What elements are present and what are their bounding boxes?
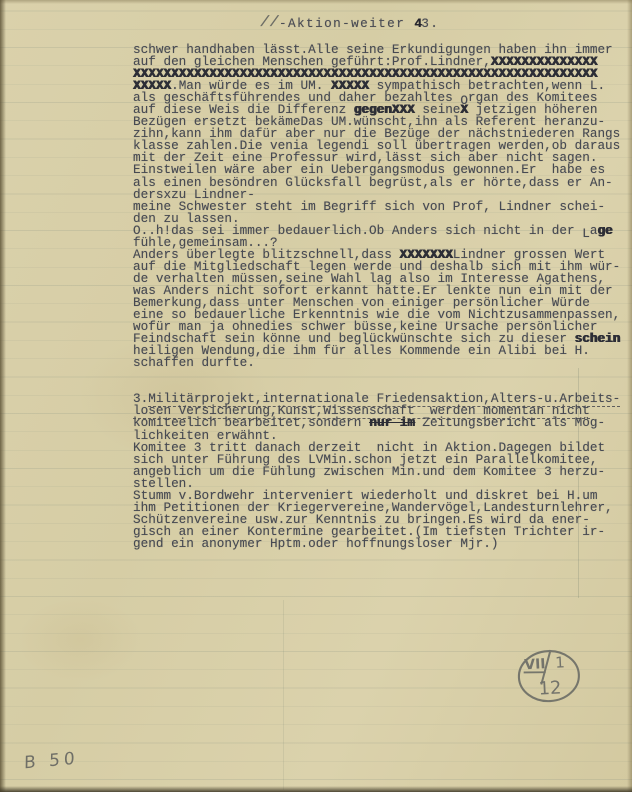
stamp-lower-number: 12 (538, 677, 562, 699)
typed-line: angeblich um die Fühlung zwischen Min.un… (133, 466, 625, 478)
scan-edge-bottom (0, 786, 632, 792)
typed-line: schaffen durfte. (133, 357, 625, 369)
scan-edge-right (627, 0, 632, 792)
pencil-slashes-mark: // (259, 14, 281, 31)
typed-text-body: schwer handhaben lässt.Alle seine Erkund… (133, 44, 625, 550)
archival-pencil-note: B 50 (24, 749, 79, 774)
paper-crease (283, 600, 284, 790)
typed-line: gend ein anonymer Hptm.oder hoffnungslos… (133, 538, 625, 550)
document-page: //-Aktion-weiter 43. schwer handhaben lä… (0, 0, 632, 792)
archive-circle-stamp: VII 1 12 (510, 644, 591, 712)
stamp-upper-number: 1 (555, 653, 565, 671)
scan-edge-left (0, 0, 6, 792)
scan-edge-top (0, 0, 632, 4)
typed-line (133, 369, 625, 381)
header-title: -Aktion-weiter (279, 16, 414, 31)
stamp-roman-numeral: VII (524, 656, 546, 673)
page-number: 3. (421, 16, 439, 31)
page-header: //-Aktion-weiter 43. (260, 15, 439, 32)
stamp-underline-icon (524, 671, 546, 673)
